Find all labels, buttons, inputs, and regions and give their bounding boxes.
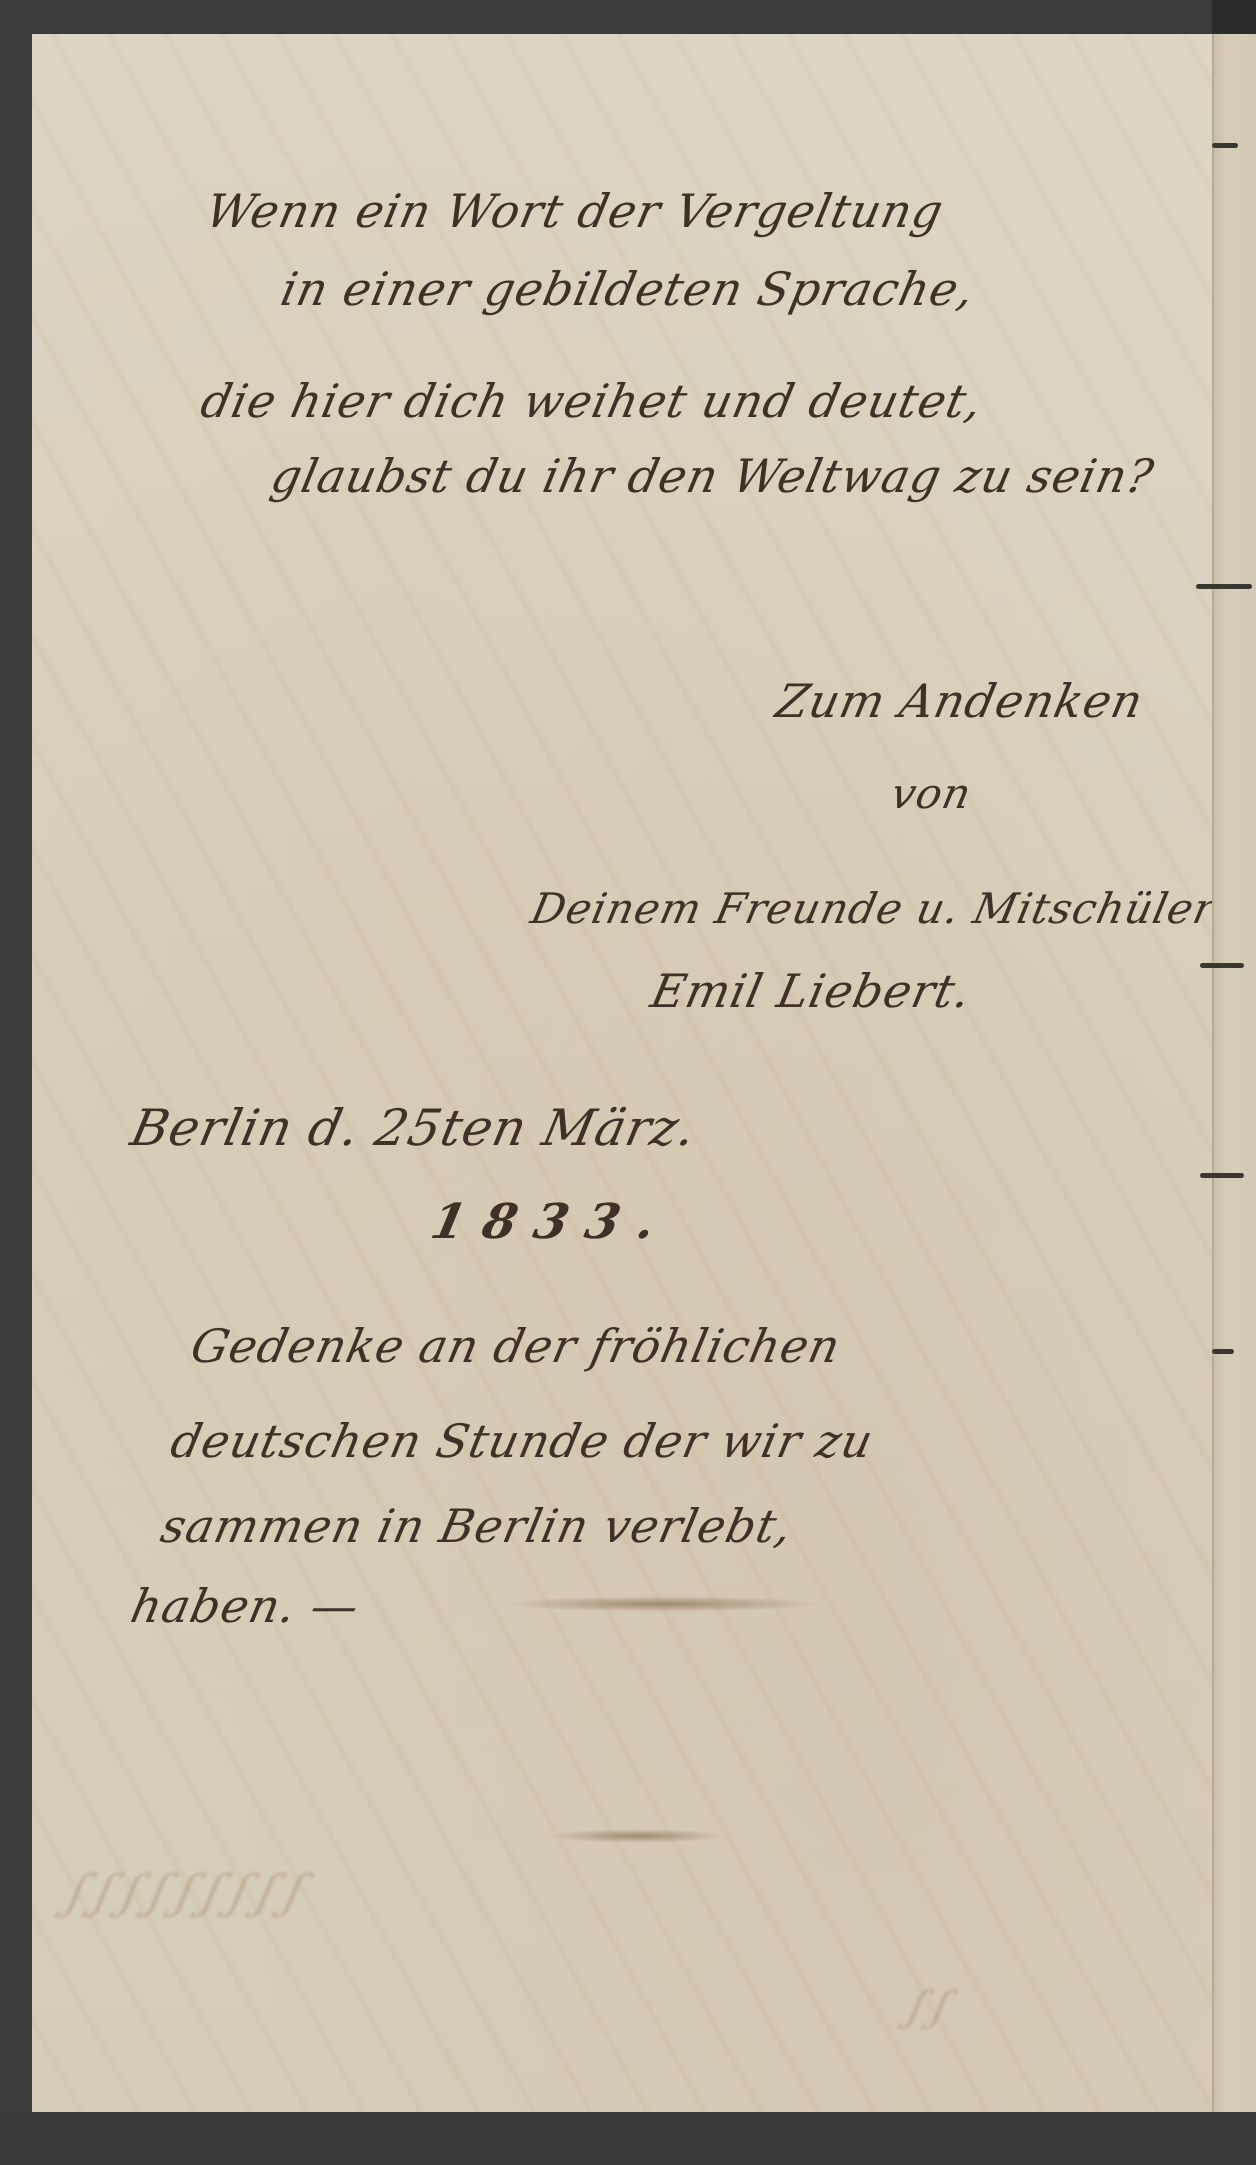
- bleed-through-text-2: ʃ ʃ: [904, 1984, 955, 2030]
- scan-bottom-background: [0, 2112, 1256, 2165]
- remembrance-line-3: sammen in Berlin verlebt,: [156, 1499, 798, 1553]
- bleed-through-text: ʃ ʃ ʃ ʃ ʃ ʃ ʃ ʃ ʃ: [62, 1864, 311, 1918]
- binding-gutter: [1212, 34, 1256, 2114]
- dateline-place-date: Berlin d. 25ten März.: [126, 1099, 702, 1157]
- remembrance-line-1: Gedenke an der fröhlichen: [186, 1319, 845, 1373]
- stitch-mark-2: [1196, 584, 1252, 589]
- ink-smudge-dash: [502, 1596, 822, 1612]
- dedication-von: von: [887, 769, 976, 818]
- verse-line-3: die hier dich weihet und deutet,: [196, 374, 988, 428]
- manuscript-page: ʃ ʃ ʃ ʃ ʃ ʃ ʃ ʃ ʃ ʃ ʃ Wenn ein Wort der …: [32, 34, 1222, 2114]
- dedication-zum-andenken: Zum Andenken: [771, 674, 1148, 728]
- remembrance-line-2: deutschen Stunde der wir zu: [166, 1414, 878, 1468]
- signature-name: Emil Liebert.: [646, 964, 976, 1018]
- binding-top-shadow: [1212, 0, 1256, 34]
- stitch-mark-1: [1212, 143, 1238, 148]
- ink-smudge-lower: [547, 1829, 727, 1843]
- verse-line-4: glaubst du ihr den Weltwag zu sein?: [266, 449, 1159, 503]
- remembrance-line-4: haben. —: [126, 1579, 364, 1633]
- stitch-mark-5: [1212, 1349, 1234, 1354]
- stitch-mark-3: [1200, 963, 1244, 968]
- verse-line-2: in einer gebildeten Sprache,: [276, 262, 980, 316]
- stitch-mark-4: [1200, 1173, 1244, 1178]
- dedication-friend-line: Deinem Freunde u. Mitschüler: [527, 884, 1220, 933]
- verse-line-1: Wenn ein Wort der Vergeltung: [201, 184, 948, 238]
- dateline-year: 1833.: [426, 1194, 678, 1250]
